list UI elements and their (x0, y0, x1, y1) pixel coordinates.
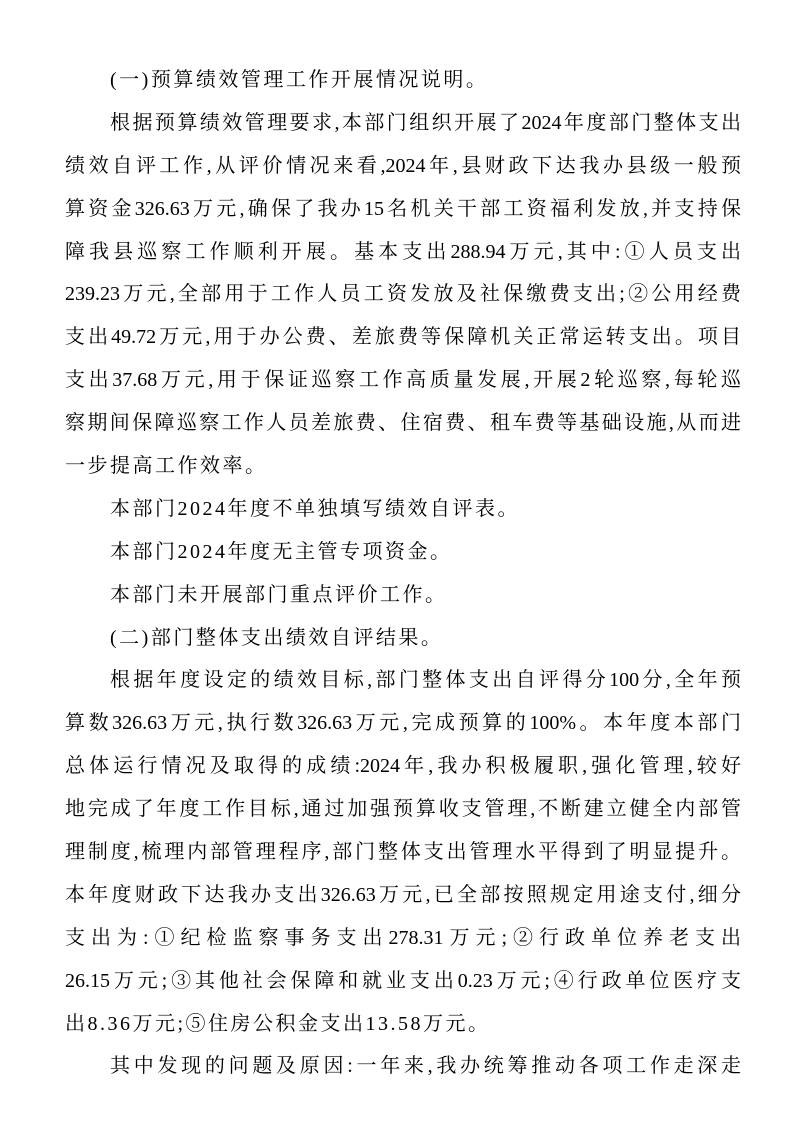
document-text-block: (一)预算绩效管理工作开展情况说明。 根据预算绩效管理要求,本部门组织开展了20… (65, 59, 741, 1088)
doc-line: 根据预算绩效管理要求,本部门组织开展了2024年度部门整体支出 (65, 102, 741, 145)
doc-line: 绩效自评工作,从评价情况来看,2024年,县财政下达我办县级一般预 (65, 145, 741, 188)
doc-line: 26.15万元;③其他社会保障和就业支出0.23万元;④行政单位医疗支 (65, 960, 741, 1003)
doc-line: 支出49.72万元,用于办公费、差旅费等保障机关正常运转支出。项目 (65, 316, 741, 359)
doc-line: 出8.36万元;⑤住房公积金支出13.58万元。 (65, 1003, 741, 1046)
doc-line: 本部门未开展部门重点评价工作。 (65, 574, 741, 617)
doc-line: 地完成了年度工作目标,通过加强预算收支管理,不断建立健全内部管 (65, 788, 741, 831)
doc-line: 一步提高工作效率。 (65, 445, 741, 488)
doc-line: 总体运行情况及取得的成绩:2024年,我办积极履职,强化管理,较好 (65, 745, 741, 788)
doc-line: 障我县巡察工作顺利开展。基本支出288.94万元,其中:①人员支出 (65, 231, 741, 274)
section-heading-2: (二)部门整体支出绩效自评结果。 (65, 617, 741, 660)
doc-line: 本年度财政下达我办支出326.63万元,已全部按照规定用途支付,细分 (65, 874, 741, 917)
doc-line: 理制度,梳理内部管理程序,部门整体支出管理水平得到了明显提升。 (65, 831, 741, 874)
doc-line: 察期间保障巡察工作人员差旅费、住宿费、租车费等基础设施,从而进 (65, 402, 741, 445)
document-page: (一)预算绩效管理工作开展情况说明。 根据预算绩效管理要求,本部门组织开展了20… (0, 0, 793, 1122)
doc-line: 239.23万元,全部用于工作人员工资发放及社保缴费支出;②公用经费 (65, 273, 741, 316)
doc-line: 支出为:①纪检监察事务支出278.31万元;②行政单位养老支出 (65, 917, 741, 960)
doc-line: 支出37.68万元,用于保证巡察工作高质量发展,开展2轮巡察,每轮巡 (65, 359, 741, 402)
doc-line: 本部门2024年度不单独填写绩效自评表。 (65, 488, 741, 531)
doc-line: 其中发现的问题及原因:一年来,我办统筹推动各项工作走深走 (65, 1045, 741, 1088)
doc-line: 算数326.63万元,执行数326.63万元,完成预算的100%。本年度本部门 (65, 702, 741, 745)
doc-line: 本部门2024年度无主管专项资金。 (65, 531, 741, 574)
doc-line: 根据年度设定的绩效目标,部门整体支出自评得分100分,全年预 (65, 659, 741, 702)
section-heading-1: (一)预算绩效管理工作开展情况说明。 (65, 59, 741, 102)
doc-line: 算资金326.63万元,确保了我办15名机关干部工资福利发放,并支持保 (65, 188, 741, 231)
